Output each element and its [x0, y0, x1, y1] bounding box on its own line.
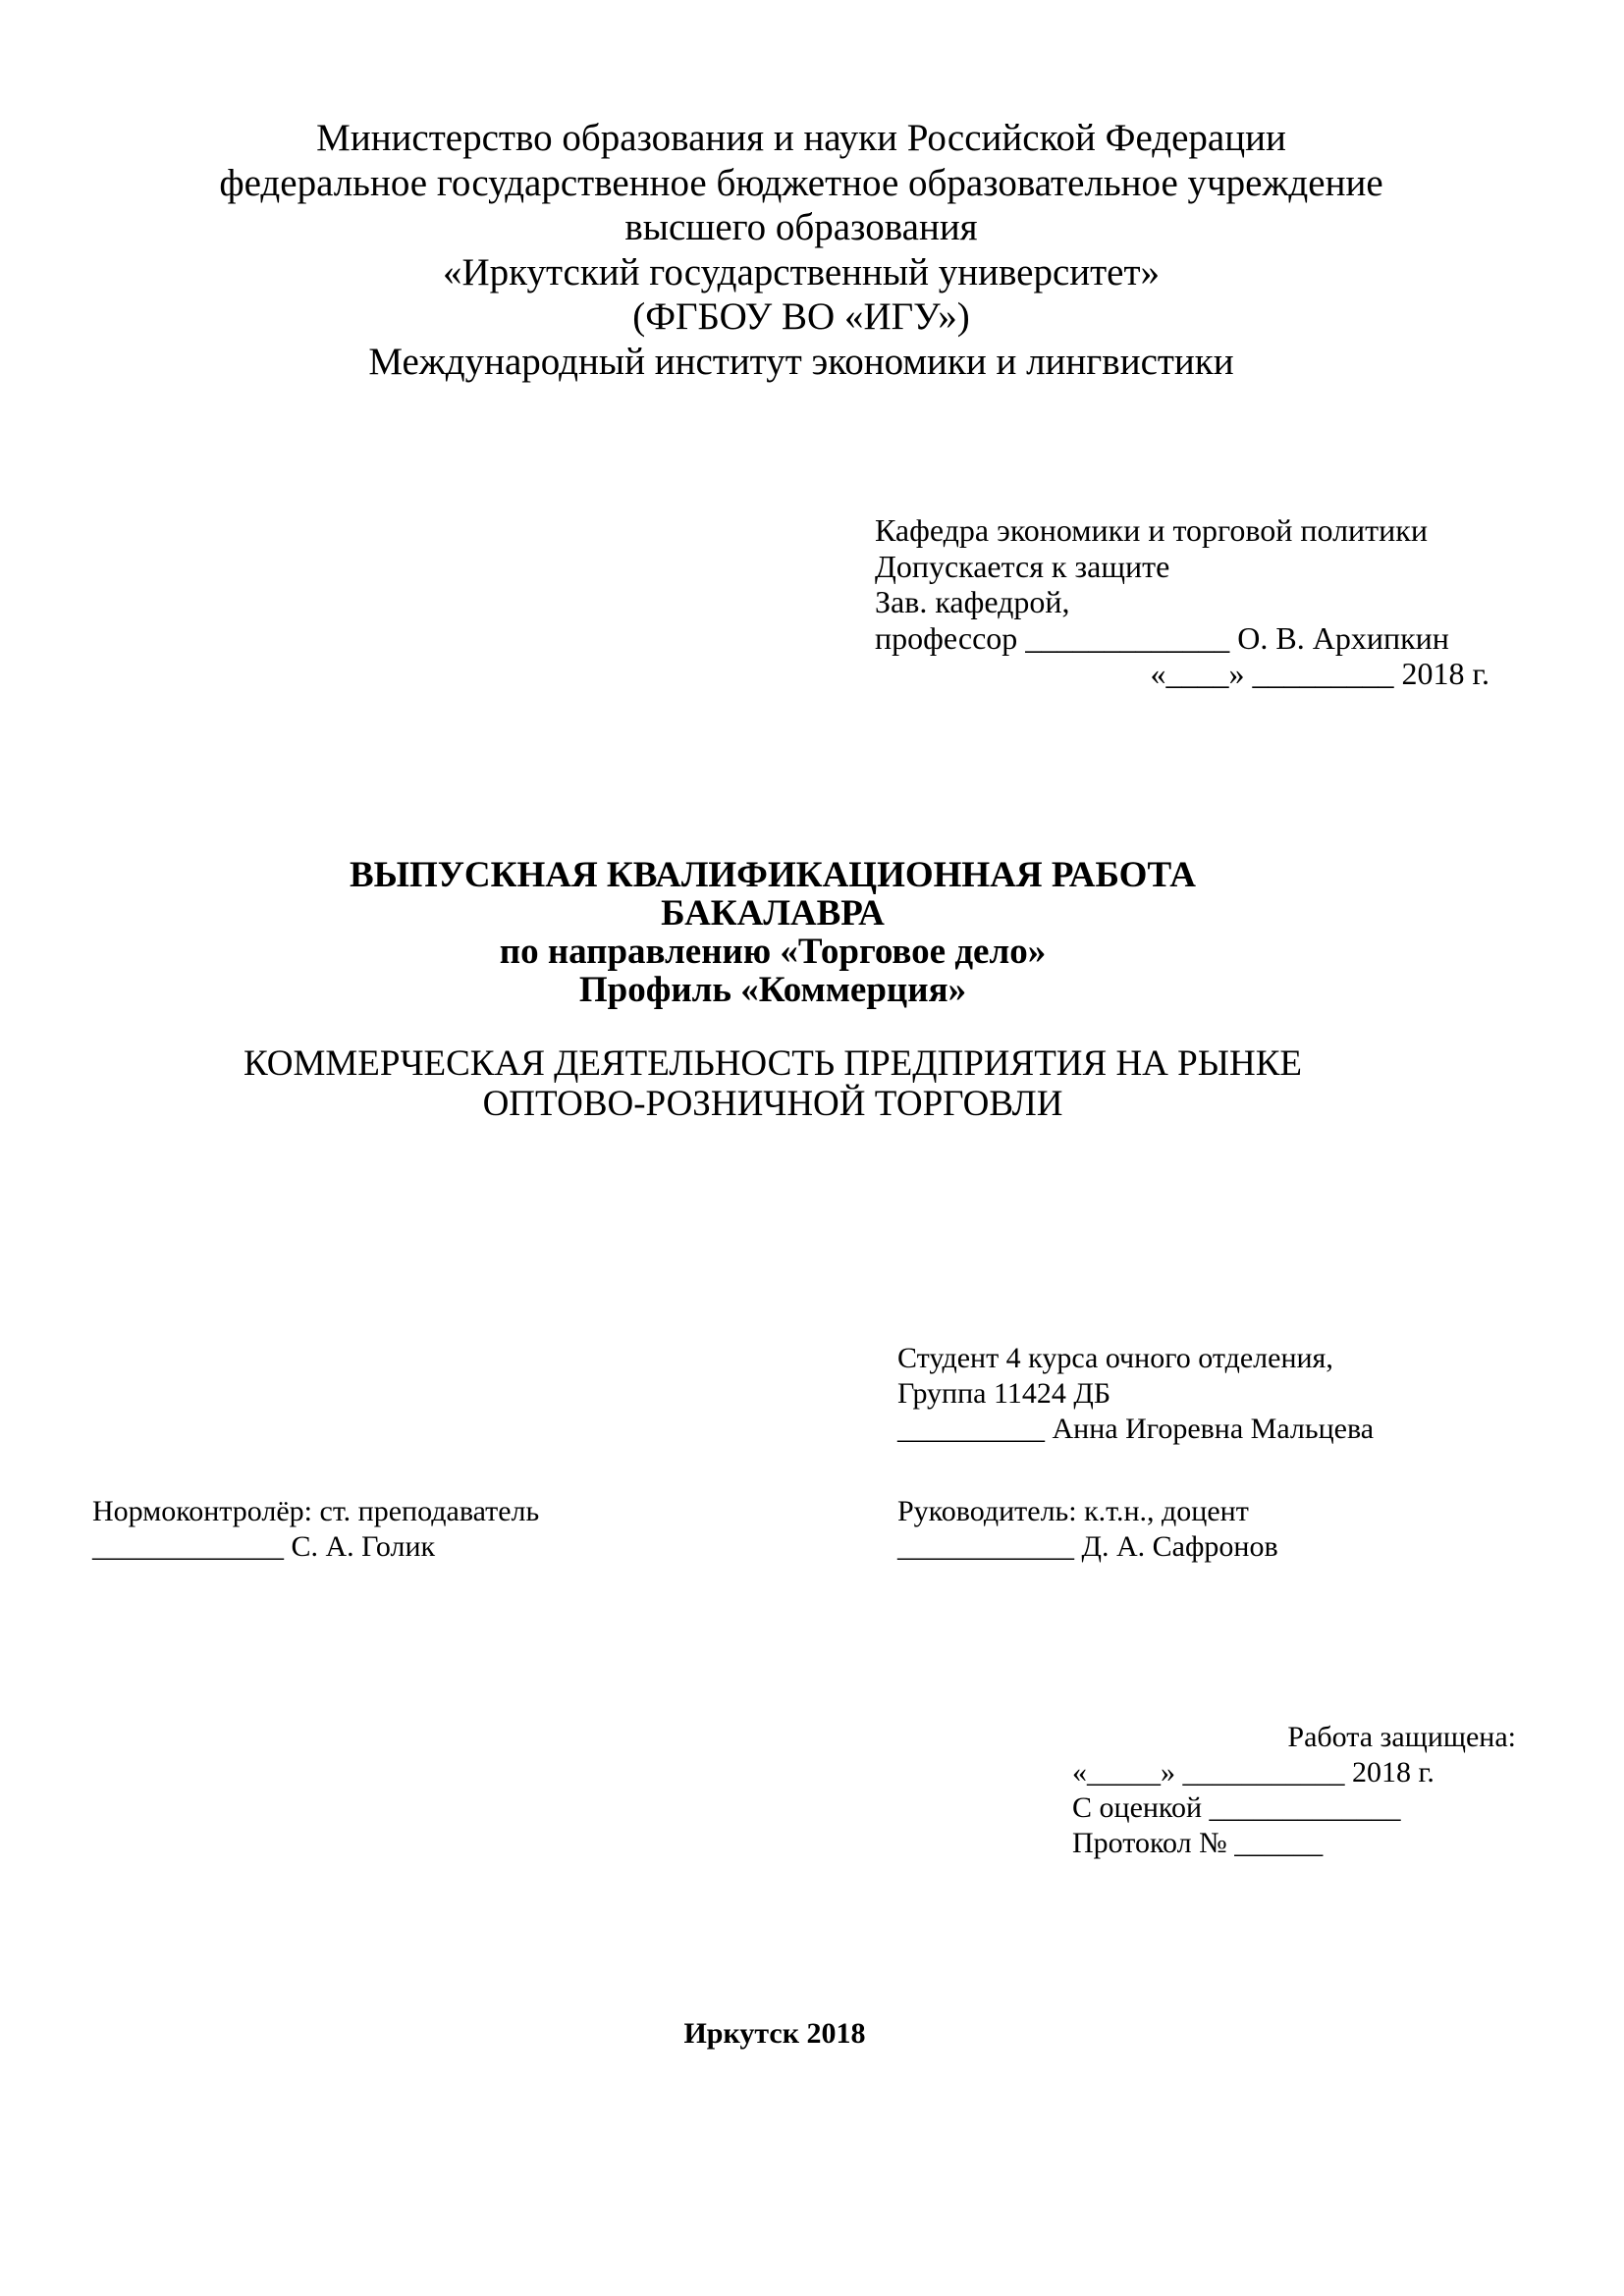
normocontroller-signature-line: _____________ С. А. Голик — [92, 1529, 780, 1565]
protocol-blank: ______ — [1234, 1827, 1323, 1859]
institution-type-line: федеральное государственное бюджетное об… — [0, 161, 1624, 206]
normocontroller-label: Нормоконтролёр: ст. преподаватель — [92, 1494, 780, 1529]
supervisor-signature-blank: ____________ — [897, 1530, 1074, 1563]
protocol-label: Протокол № — [1072, 1827, 1227, 1859]
normocontroller-name: С. А. Голик — [292, 1530, 436, 1563]
approval-date-line: «____» _________ 2018 г. — [875, 656, 1582, 692]
close-quote: » — [1228, 656, 1244, 691]
defense-date-line: «_____» ___________ 2018 г. — [1072, 1755, 1543, 1790]
profile: Профиль «Коммерция» — [0, 971, 1624, 1009]
close-quote: » — [1161, 1756, 1175, 1789]
direction: по направлению «Торговое дело» — [0, 933, 1624, 971]
supervisor-name: Д. А. Сафронов — [1082, 1530, 1278, 1563]
month-blank: ___________ — [1183, 1756, 1345, 1789]
work-type-line1: ВЫПУСКНАЯ КВАЛИФИКАЦИОННАЯ РАБОТА — [0, 856, 1624, 894]
education-level-line: высшего образования — [0, 205, 1624, 250]
head-title: Зав. кафедрой, — [875, 584, 1582, 620]
department-name: Кафедра экономики и торговой политики — [875, 512, 1582, 549]
work-type-line2: БАКАЛАВРА — [0, 894, 1624, 933]
head-position: профессор — [875, 620, 1017, 656]
grade-line: С оценкой _____________ — [1072, 1790, 1543, 1826]
student-signature-line: __________ Анна Игоревна Мальцева — [897, 1412, 1585, 1447]
open-quote: « — [1072, 1756, 1087, 1789]
approval-year: 2018 г. — [1401, 656, 1489, 691]
student-group: Группа 11424 ДБ — [897, 1376, 1585, 1412]
head-name: О. В. Архипкин — [1237, 620, 1449, 656]
student-course: Студент 4 курса очного отделения, — [897, 1341, 1585, 1376]
grade-blank: _____________ — [1210, 1791, 1401, 1824]
university-abbreviation: (ФГБОУ ВО «ИГУ») — [0, 294, 1624, 340]
head-signature-line: профессор _____________ О. В. Архипкин — [875, 620, 1582, 657]
grade-label: С оценкой — [1072, 1791, 1202, 1824]
open-quote: « — [1150, 656, 1165, 691]
city-year: Иркутск 2018 — [0, 2016, 1624, 2052]
defended-label: Работа защищена: — [1072, 1720, 1543, 1755]
day-blank: ____ — [1165, 656, 1228, 691]
defense-result-block: Работа защищена: «_____» ___________ 201… — [1072, 1720, 1543, 1861]
supervisor-block: Руководитель: к.т.н., доцент ___________… — [897, 1494, 1585, 1565]
approval-block: Кафедра экономики и торговой политики До… — [875, 512, 1582, 692]
normocontroller-signature-blank: _____________ — [92, 1530, 284, 1563]
supervisor-signature-line: ____________ Д. А. Сафронов — [897, 1529, 1585, 1565]
institute-name: Международный институт экономики и лингв… — [0, 340, 1624, 385]
institution-header: Министерство образования и науки Российс… — [0, 116, 1624, 384]
normocontroller-block: Нормоконтролёр: ст. преподаватель ______… — [92, 1494, 780, 1565]
topic-line1: КОММЕРЧЕСКАЯ ДЕЯТЕЛЬНОСТЬ ПРЕДПРИЯТИЯ НА… — [0, 1043, 1624, 1084]
student-block: Студент 4 курса очного отделения, Группа… — [897, 1341, 1585, 1447]
admitted-to-defense: Допускается к защите — [875, 549, 1582, 585]
footer: Иркутск 2018 — [0, 2016, 1624, 2052]
day-blank: _____ — [1087, 1756, 1161, 1789]
student-signature-blank: __________ — [897, 1413, 1045, 1445]
defense-year: 2018 г. — [1352, 1756, 1435, 1789]
ministry-line: Министерство образования и науки Российс… — [0, 116, 1624, 161]
head-signature-blank: _____________ — [1025, 620, 1229, 656]
student-name: Анна Игоревна Мальцева — [1053, 1413, 1375, 1445]
document-page: Министерство образования и науки Российс… — [0, 0, 1624, 2296]
supervisor-label: Руководитель: к.т.н., доцент — [897, 1494, 1585, 1529]
topic-line2: ОПТОВО-РОЗНИЧНОЙ ТОРГОВЛИ — [0, 1084, 1624, 1124]
title-block: ВЫПУСКНАЯ КВАЛИФИКАЦИОННАЯ РАБОТА БАКАЛА… — [0, 856, 1624, 1124]
university-name: «Иркутский государственный университет» — [0, 250, 1624, 295]
protocol-line: Протокол № ______ — [1072, 1826, 1543, 1861]
month-blank: _________ — [1252, 656, 1393, 691]
